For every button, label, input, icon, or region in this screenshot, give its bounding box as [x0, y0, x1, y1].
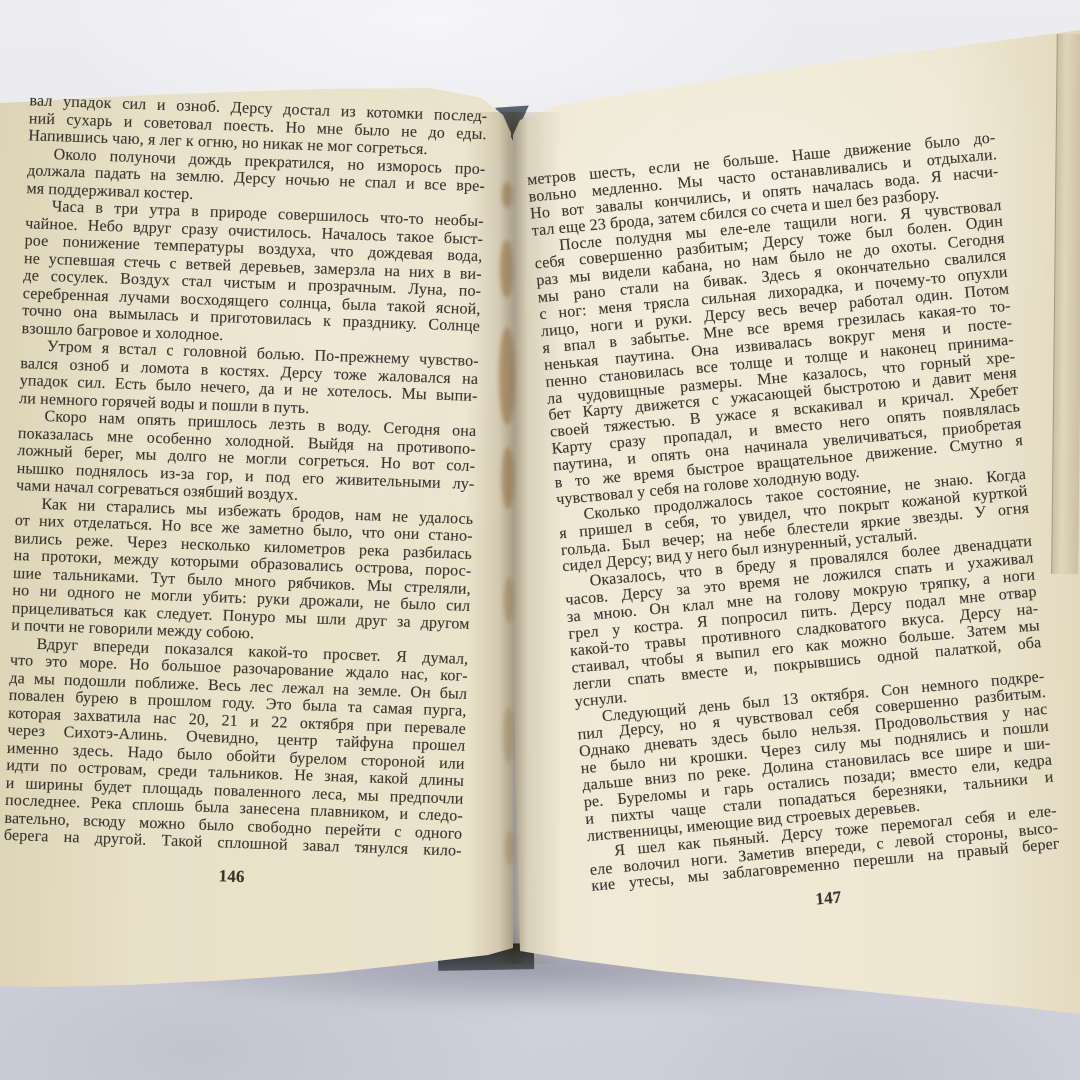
fore-edge-page-stack	[1051, 34, 1080, 574]
left-page-text: вал упадок сил и озноб. Дерсу достал из …	[2, 92, 487, 894]
book-photo: вал упадок сил и озноб. Дерсу достал из …	[0, 0, 1080, 1080]
right-page-text: метров шесть, если не больше. Наше движе…	[527, 130, 1064, 930]
